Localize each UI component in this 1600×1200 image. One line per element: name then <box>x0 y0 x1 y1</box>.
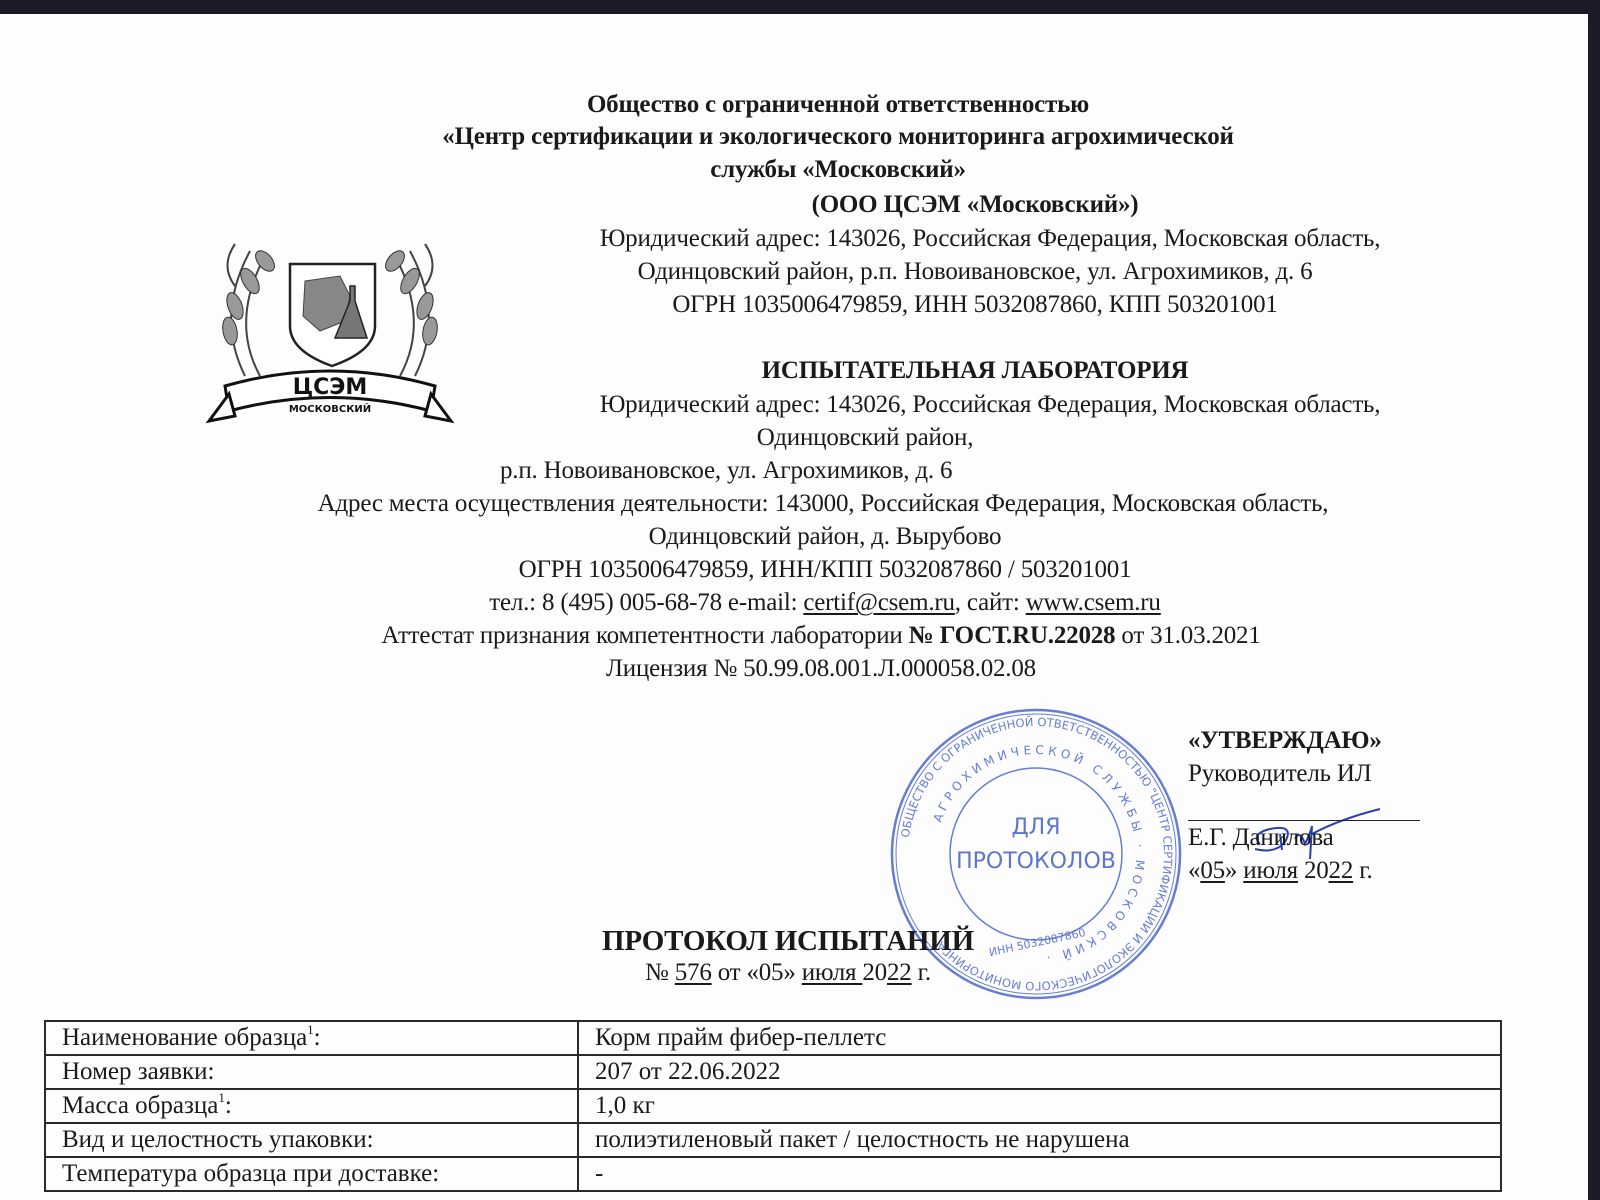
document-page: Общество с ограниченной ответственностью… <box>0 14 1588 1200</box>
svg-text:ПРОТОКОЛОВ: ПРОТОКОЛОВ <box>956 849 1116 874</box>
email-link[interactable]: certif@csem.ru <box>803 589 954 616</box>
lab-registration: ОГРН 1035006479859, ИНН/КПП 5032087860 /… <box>0 555 1600 585</box>
signature-line <box>1188 820 1420 821</box>
table-row: Вид и целостность упаковки:полиэтиленовы… <box>45 1123 1501 1157</box>
lab-legal-address-3: р.п. Новоивановское, ул. Агрохимиков, д.… <box>500 456 830 486</box>
org-registration: ОГРН 1035006479859, ИНН 5032087860, КПП … <box>500 290 1450 320</box>
row-value: полиэтиленовый пакет / целостность не на… <box>578 1123 1501 1157</box>
sample-info-table: Наименование образца1:Корм прайм фибер-п… <box>44 1020 1502 1192</box>
lab-license: Лицензия № 50.99.08.001.Л.000058.02.08 <box>0 654 1600 684</box>
lab-attestation: Аттестат признания компетентности лабора… <box>0 621 1600 651</box>
footnote-marker: 1 <box>307 1022 314 1037</box>
row-value: 207 от 22.06.2022 <box>578 1055 1501 1089</box>
row-label: Номер заявки: <box>45 1055 578 1089</box>
table-row: Номер заявки:207 от 22.06.2022 <box>45 1055 1501 1089</box>
wheat-wreath-shield-flask-logo-icon: ЦСЭМ МОСКОВСКИЙ <box>205 226 455 441</box>
table-row: Наименование образца1:Корм прайм фибер-п… <box>45 1021 1501 1055</box>
website-link[interactable]: www.csem.ru <box>1026 589 1161 616</box>
lab-title: ИСПЫТАТЕЛЬНАЯ ЛАБОРАТОРИЯ <box>500 356 1450 386</box>
org-legal-address-1: Юридический адрес: 143026, Российская Фе… <box>500 224 1480 254</box>
lab-activity-address-2: Одинцовский район, д. Вырубово <box>0 522 1600 552</box>
row-label: Температура образца при доставке: <box>45 1157 578 1191</box>
row-value: 1,0 кг <box>578 1089 1501 1123</box>
table-row: Температура образца при доставке:- <box>45 1157 1501 1191</box>
row-value: - <box>578 1157 1501 1191</box>
approval-date: «05» июля 2022 г. <box>1188 856 1373 886</box>
lab-contacts: тел.: 8 (495) 005-68-78 e-mail: certif@c… <box>0 588 1600 618</box>
row-label: Наименование образца1: <box>45 1021 578 1055</box>
table-row: Масса образца1:1,0 кг <box>45 1089 1501 1123</box>
approval-role: Руководитель ИЛ <box>1188 759 1371 789</box>
org-name-line2: «Центр сертификации и экологического мон… <box>0 122 1600 152</box>
svg-text:ДЛЯ: ДЛЯ <box>1011 815 1060 840</box>
lab-legal-address-2: Одинцовский район, <box>500 423 1230 453</box>
row-label: Масса образца1: <box>45 1089 578 1123</box>
attestation-number: № ГОСТ.RU.22028 <box>909 622 1116 649</box>
svg-text:МОСКОВСКИЙ: МОСКОВСКИЙ <box>289 402 371 415</box>
org-name-line3: службы «Московский» <box>0 155 1600 185</box>
row-value: Корм прайм фибер-пеллетс <box>578 1021 1501 1055</box>
approval-title: «УТВЕРЖДАЮ» <box>1188 726 1382 756</box>
lab-legal-address-1: Юридический адрес: 143026, Российская Фе… <box>500 390 1480 420</box>
org-short-name: (ООО ЦСЭМ «Московский») <box>500 190 1450 220</box>
org-legal-address-2: Одинцовский район, р.п. Новоивановское, … <box>500 257 1450 287</box>
footnote-marker: 1 <box>218 1090 225 1105</box>
protocol-number-date: № 576 от «05» июля 2022 г. <box>0 958 1576 988</box>
svg-text:ЦСЭМ: ЦСЭМ <box>293 375 368 400</box>
protocol-title: ПРОТОКОЛ ИСПЫТАНИЙ <box>0 926 1576 956</box>
row-label: Вид и целостность упаковки: <box>45 1123 578 1157</box>
approver-name: Е.Г. Данилова <box>1188 823 1334 853</box>
org-name-line1: Общество с ограниченной ответственностью <box>0 90 1600 120</box>
lab-activity-address-1: Адрес места осуществления деятельности: … <box>0 489 1600 519</box>
